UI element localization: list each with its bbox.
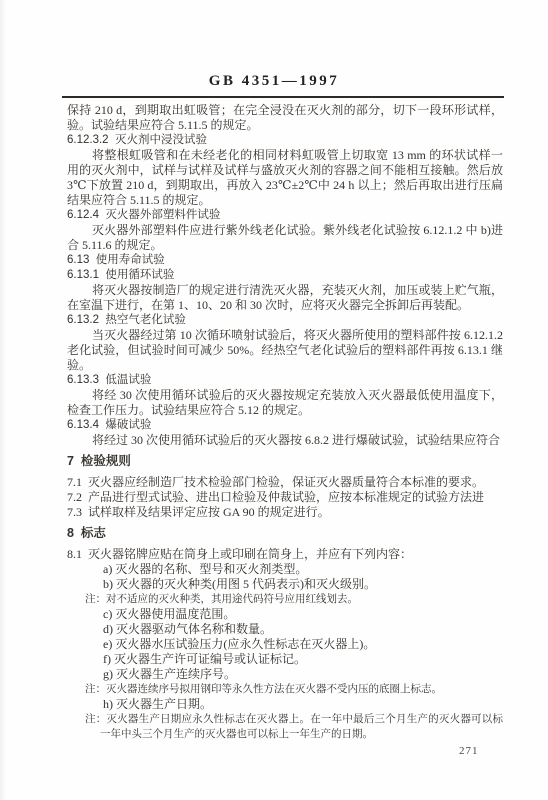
chapter-heading: 8 标志 (67, 526, 503, 541)
header-rule (62, 96, 504, 98)
document-page: GB 4351—1997 保持 210 d，到期取出虹吸管；在完全浸没在灭火剂的… (0, 0, 548, 800)
list-item-line: h) 灭火器生产日期。 (67, 697, 503, 712)
list-item-line: b) 灭火器的灭火种类(用图 5 代码表示)和灭火级别。 (67, 577, 503, 592)
clause-heading: 6.12.3.2 灭火剂中浸没试验 (67, 133, 503, 148)
clause-heading: 6.13.4 爆破试验 (67, 418, 503, 433)
list-item-line: d) 灭火器驱动气体名称和数量。 (67, 622, 503, 637)
note-line: 注：灭火器连续序号拟用钢印等永久性方法在灭火器不受内压的底圈上标志。 (67, 682, 503, 697)
clause-heading: 6.13.2 热空气老化试验 (67, 313, 503, 328)
text-line: 7.3 试样取样及结果评定应按 GA 90 的规定进行。 (67, 505, 503, 520)
list-item-line: e) 灭火器水压试验压力(应永久性标志在灭火器上)。 (67, 637, 503, 652)
clause-heading: 6.13.3 低温试验 (67, 373, 503, 388)
note-line: 一年中头三个月生产的灭火器也可以标上一年生产的日期。 (67, 727, 503, 742)
text-line: 合 5.11.6 的规定。 (67, 238, 503, 253)
list-item-line: a) 灭火器的名称、型号和灭火剂类型。 (67, 562, 503, 577)
note-line: 注：对不适应的灭火种类，其用途代码符号应用红线划去。 (67, 592, 503, 607)
scan-edge-shading (0, 0, 6, 800)
text-line: 在室温下进行，在第 1、10、20 和 30 次时，应将灭火器完全拆卸后再装配。 (67, 298, 503, 313)
text-line: 用的灭火剂中，试样与试样及试样与盛放灭火剂的容器之间不能相互接触。然后放入烘箱中… (67, 163, 503, 178)
text-line: 将经过 30 次使用循环试验后的灭火器按 6.8.2 进行爆破试验，试验结果应符… (67, 433, 503, 448)
text-line: 验。 (67, 358, 503, 373)
chapter-heading: 7 检验规则 (67, 454, 503, 469)
list-item-line: c) 灭火器使用温度范围。 (67, 607, 503, 622)
page-number: 271 (459, 745, 479, 757)
text-line: 将灭火器按制造厂的规定进行清洗灭火器，充装灭火剂，加压或装上贮气瓶，然后进行喷射… (67, 283, 503, 298)
text-line: 将经 30 次使用循环试验后的灭火器按规定充装放入灭火器最低使用温度下，保持 2… (67, 388, 503, 403)
list-item-line: f) 灭火器生产许可证编号或认证标记。 (67, 652, 503, 667)
document-body: 保持 210 d，到期取出虹吸管；在完全浸没在灭火剂的部分，切下一段环形试样，进… (67, 103, 503, 742)
text-line: 保持 210 d，到期取出虹吸管；在完全浸没在灭火剂的部分，切下一段环形试样，进… (67, 103, 503, 118)
text-line: 灭火器外部塑料件应进行紫外线老化试验。紫外线老化试验按 6.12.1.2 中 b… (67, 223, 503, 238)
text-line: 3℃下放置 210 d，到期取出，再放入 23℃±2℃中 24 h 以上；然后再… (67, 178, 503, 193)
clause-heading: 6.13.1 使用循环试验 (67, 268, 503, 283)
clause-heading: 6.13 使用寿命试验 (67, 253, 503, 268)
text-line: 验。试验结果应符合 5.11.5 的规定。 (67, 118, 503, 133)
text-line: 8.1 灭火器铭牌应贴在筒身上或印刷在筒身上，并应有下列内容： (67, 547, 503, 562)
standard-code-header: GB 4351—1997 (0, 73, 548, 90)
text-line: 检查工作压力。试验结果应符合 5.12 的规定。 (67, 403, 503, 418)
text-line: 7.1 灭火器应经制造厂技术检验部门检验，保证灭火器质量符合本标准的要求。 (67, 475, 503, 490)
text-line: 7.2 产品进行型式试验、进出口检验及仲裁试验，应按本标准规定的试验方法进行。 (67, 490, 503, 505)
text-line: 当灭火器经过第 10 次循环喷射试验后，将灭火器所使用的塑料部件按 6.12.1… (67, 328, 503, 343)
list-item-line: g) 灭火器生产连续序号。 (67, 667, 503, 682)
text-line: 将整根虹吸管和在未经老化的相同材料虹吸管上切取宽 13 mm 的环状试样一起浸入… (67, 148, 503, 163)
text-line: 老化试验，但试验时间可减少 50%。经热空气老化试验后的塑料部件再按 6.13.… (67, 343, 503, 358)
note-line: 注：灭火器生产日期应永久性标志在灭火器上。在一年中最后三个月生产的灭火器可以标下… (67, 712, 503, 727)
clause-heading: 6.12.4 灭火器外部塑料件试验 (67, 208, 503, 223)
text-line: 结果应符合 5.11.5 的规定。 (67, 193, 503, 208)
